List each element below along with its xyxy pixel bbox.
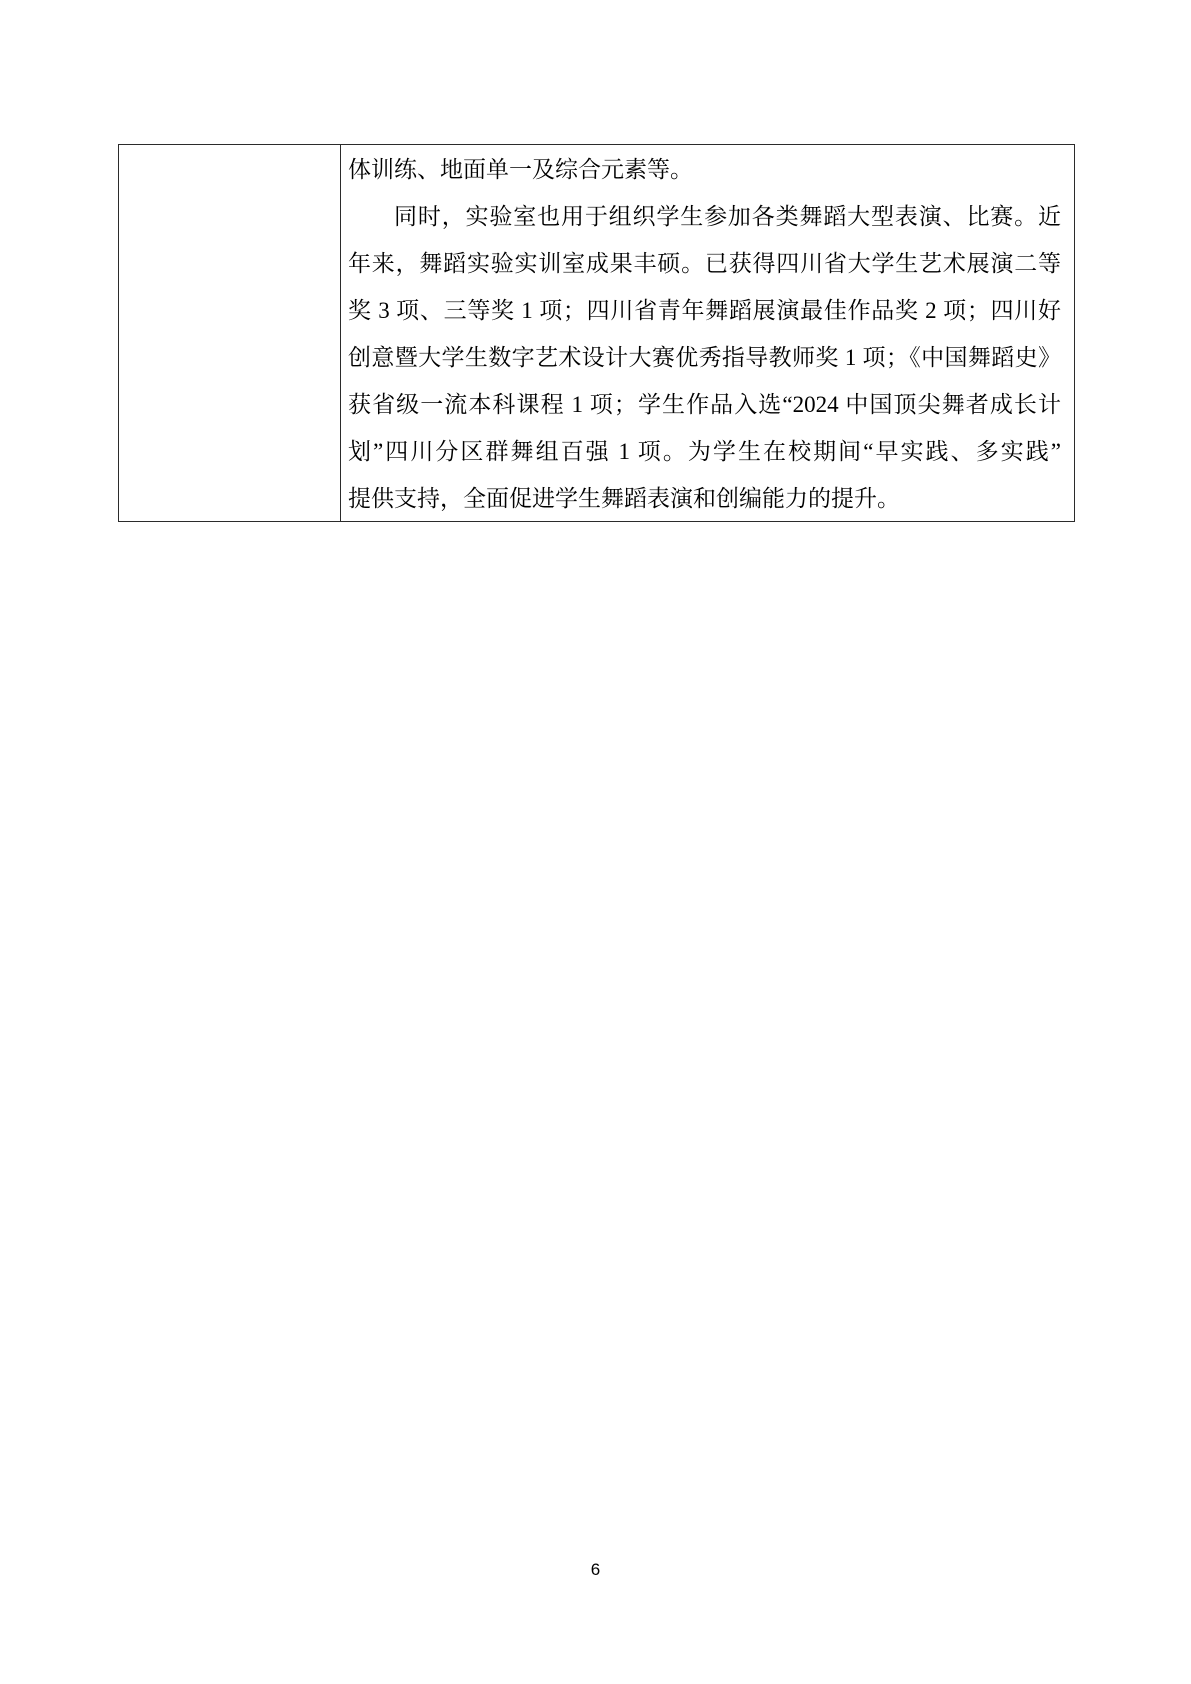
content-table: 体训练、地面单一及综合元素等。 同时，实验室也用于组织学生参加各类舞蹈大型表演、…	[118, 144, 1075, 522]
table-cell-content: 体训练、地面单一及综合元素等。 同时，实验室也用于组织学生参加各类舞蹈大型表演、…	[341, 145, 1074, 521]
document-page: 体训练、地面单一及综合元素等。 同时，实验室也用于组织学生参加各类舞蹈大型表演、…	[0, 0, 1191, 1684]
text-line: 创意暨大学生数字艺术设计大赛优秀指导教师奖 1 项；《中国舞蹈史》	[348, 334, 1061, 381]
text-line: 划”四川分区群舞组百强 1 项。为学生在校期间“早实践、多实践”	[348, 428, 1061, 475]
page-number: 6	[0, 1558, 1191, 1582]
text-line: 同时，实验室也用于组织学生参加各类舞蹈大型表演、比赛。近	[348, 193, 1061, 240]
text-line: 奖 3 项、三等奖 1 项；四川省青年舞蹈展演最佳作品奖 2 项；四川好	[348, 287, 1061, 334]
text-line: 获省级一流本科课程 1 项；学生作品入选“2024 中国顶尖舞者成长计	[348, 381, 1061, 428]
text-line: 提供支持，全面促进学生舞蹈表演和创编能力的提升。	[348, 475, 1061, 521]
table-cell-label-empty	[119, 145, 341, 521]
text-line: 年来，舞蹈实验实训室成果丰硕。已获得四川省大学生艺术展演二等	[348, 240, 1061, 287]
text-line: 体训练、地面单一及综合元素等。	[348, 146, 1061, 193]
